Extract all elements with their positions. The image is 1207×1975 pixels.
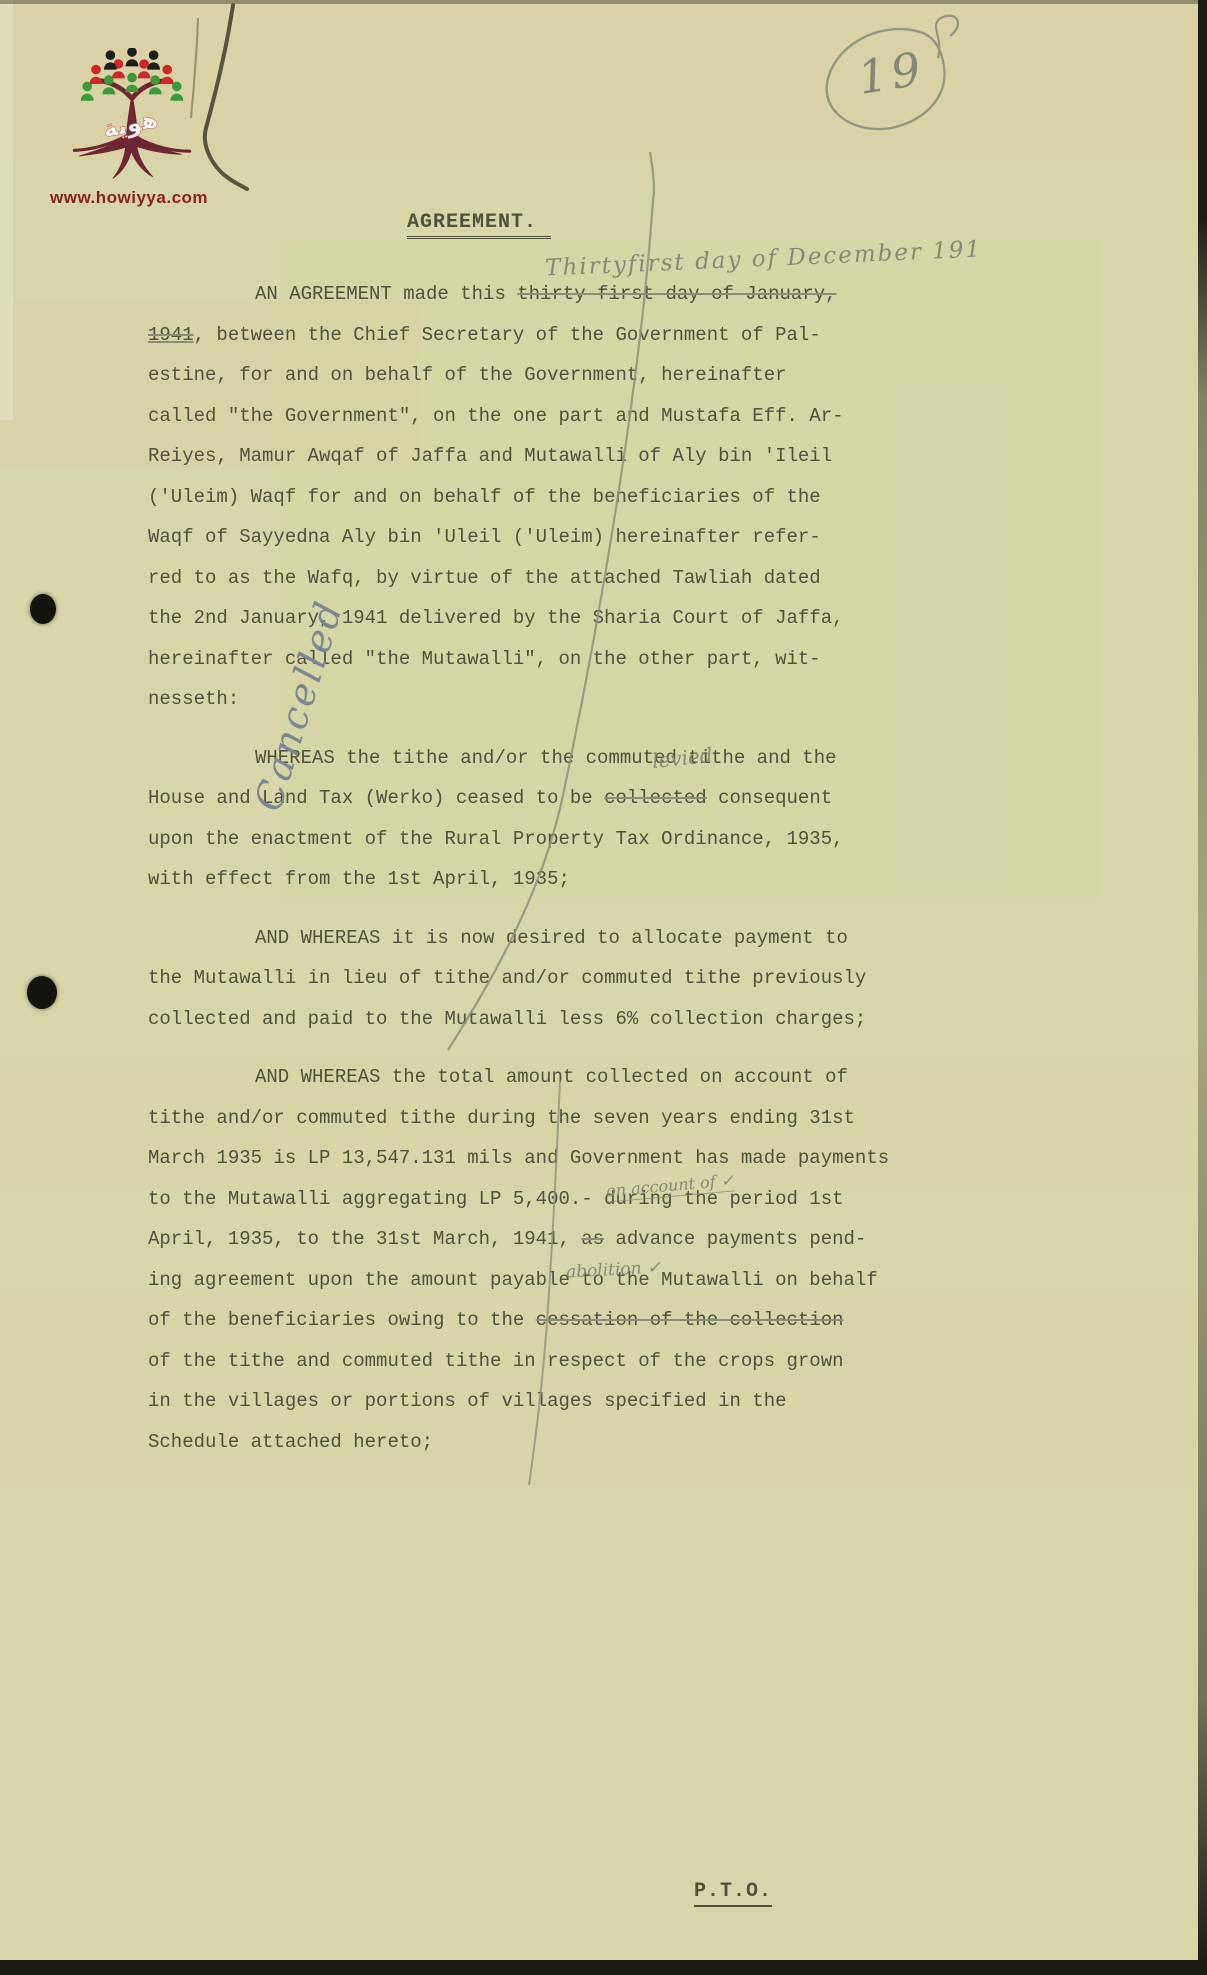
typed-text: of the tithe and commuted tithe in respe… [148, 1350, 844, 1372]
typed-text: ing agreement upon the amount payable to… [148, 1269, 878, 1291]
logo-arabic-word: هوية [100, 105, 160, 144]
struck-text: 1941 [148, 324, 194, 346]
typed-text: called "the Government", on the one part… [148, 405, 844, 427]
scan-edge-left [0, 0, 13, 420]
logo-url-text: www.howiyya.com [50, 188, 208, 208]
typed-line: with effect from the 1st April, 1935; [148, 859, 923, 900]
typed-text: ('Uleim) Waqf for and on behalf of the b… [148, 486, 821, 508]
typed-line: estine, for and on behalf of the Governm… [148, 355, 923, 396]
typed-text: the Mutawalli in lieu of tithe and/or co… [148, 967, 866, 989]
typed-text: advance payments pend- [604, 1228, 866, 1250]
typed-line: AND WHEREAS the total amount collected o… [148, 1057, 923, 1098]
typed-line: of the tithe and commuted tithe in respe… [148, 1341, 923, 1382]
document-body: AN AGREEMENT made this thirty first day … [148, 274, 923, 1480]
typed-line: Reiyes, Mamur Awqaf of Jaffa and Mutawal… [148, 436, 923, 477]
typed-line: ing agreement upon the amount payable to… [148, 1260, 923, 1301]
typed-text: March 1935 is LP 13,547.131 mils and Gov… [148, 1147, 889, 1169]
paragraph: AND WHEREAS it is now desired to allocat… [148, 918, 923, 1040]
typed-text: upon the enactment of the Rural Property… [148, 828, 844, 850]
typed-text: WHEREAS the tithe and/or the commuted ti… [255, 747, 837, 769]
scan-edge-top [0, 0, 1207, 4]
typed-text: April, 1935, to the 31st March, 1941, [148, 1228, 581, 1250]
typed-line: upon the enactment of the Rural Property… [148, 819, 923, 860]
typed-text: in the villages or portions of villages … [148, 1390, 787, 1412]
scan-edge-bottom [0, 1960, 1207, 1975]
typed-text: Reiyes, Mamur Awqaf of Jaffa and Mutawal… [148, 445, 832, 467]
typed-text: Waqf of Sayyedna Aly bin 'Uleil ('Uleim)… [148, 526, 821, 548]
typed-text: AN AGREEMENT made this [255, 283, 517, 305]
paragraph: AN AGREEMENT made this thirty first day … [148, 274, 923, 720]
typed-line: 1941, between the Chief Secretary of the… [148, 315, 923, 356]
struck-text: collected [604, 787, 707, 809]
typed-line: hereinafter called "the Mutawalli", on t… [148, 639, 923, 680]
typed-line: the 2nd January, 1941 delivered by the S… [148, 598, 923, 639]
typed-line: AN AGREEMENT made this thirty first day … [148, 274, 923, 315]
typed-line: called "the Government", on the one part… [148, 396, 923, 437]
typed-text: to the Mutawalli aggregating LP 5,400.- … [148, 1188, 844, 1210]
typed-line: to the Mutawalli aggregating LP 5,400.- … [148, 1179, 923, 1220]
typed-text: hereinafter called "the Mutawalli", on t… [148, 648, 821, 670]
typed-text: House and Land Tax (Werko) ceased to be [148, 787, 604, 809]
scanned-document-page: هوية www.howiyya.com 19 AGREEMENT. AN AG… [0, 0, 1207, 1975]
typed-text: Schedule attached hereto; [148, 1431, 433, 1453]
struck-text: thirty first day of January, [517, 283, 836, 305]
typed-text: , between the Chief Secretary of the Gov… [194, 324, 821, 346]
typed-line: March 1935 is LP 13,547.131 mils and Gov… [148, 1138, 923, 1179]
struck-text: cessation of the collection [536, 1309, 844, 1331]
typed-text: AND WHEREAS the total amount collected o… [255, 1066, 848, 1088]
typed-text: with effect from the 1st April, 1935; [148, 868, 570, 890]
hole-punch-top [30, 594, 56, 624]
typed-line: collected and paid to the Mutawalli less… [148, 999, 923, 1040]
typed-text: the 2nd January, 1941 delivered by the S… [148, 607, 844, 629]
typed-text: nesseth: [148, 688, 239, 710]
typed-line: red to as the Wafq, by virtue of the att… [148, 558, 923, 599]
hole-punch-bottom [27, 976, 57, 1009]
paragraph: AND WHEREAS the total amount collected o… [148, 1057, 923, 1462]
typed-line: April, 1935, to the 31st March, 1941, as… [148, 1219, 923, 1260]
typed-text: red to as the Wafq, by virtue of the att… [148, 567, 821, 589]
page-number-annotation: 19 [854, 41, 928, 105]
howiyya-logo: هوية [52, 48, 252, 193]
typed-line: Waqf of Sayyedna Aly bin 'Uleil ('Uleim)… [148, 517, 923, 558]
page-number-flourish [936, 16, 958, 58]
typed-text: collected and paid to the Mutawalli less… [148, 1008, 866, 1030]
typed-line: tithe and/or commuted tithe during the s… [148, 1098, 923, 1139]
typed-text: AND WHEREAS it is now desired to allocat… [255, 927, 848, 949]
pto-label: P.T.O. [694, 1880, 772, 1907]
typed-line: AND WHEREAS it is now desired to allocat… [148, 918, 923, 959]
typed-text: of the beneficiaries owing to the [148, 1309, 536, 1331]
typed-line: nesseth: [148, 679, 923, 720]
typed-line: Schedule attached hereto; [148, 1422, 923, 1463]
howiyya-tree-icon: هوية [52, 48, 212, 188]
document-title: AGREEMENT. [407, 211, 551, 239]
typed-text: tithe and/or commuted tithe during the s… [148, 1107, 855, 1129]
scan-edge-right [1198, 0, 1207, 1975]
typed-text: estine, for and on behalf of the Governm… [148, 364, 787, 386]
typed-line: the Mutawalli in lieu of tithe and/or co… [148, 958, 923, 999]
typed-line: in the villages or portions of villages … [148, 1381, 923, 1422]
typed-line: ('Uleim) Waqf for and on behalf of the b… [148, 477, 923, 518]
typed-text: consequent [707, 787, 832, 809]
struck-text: as [581, 1228, 604, 1250]
typed-line: of the beneficiaries owing to the cessat… [148, 1300, 923, 1341]
